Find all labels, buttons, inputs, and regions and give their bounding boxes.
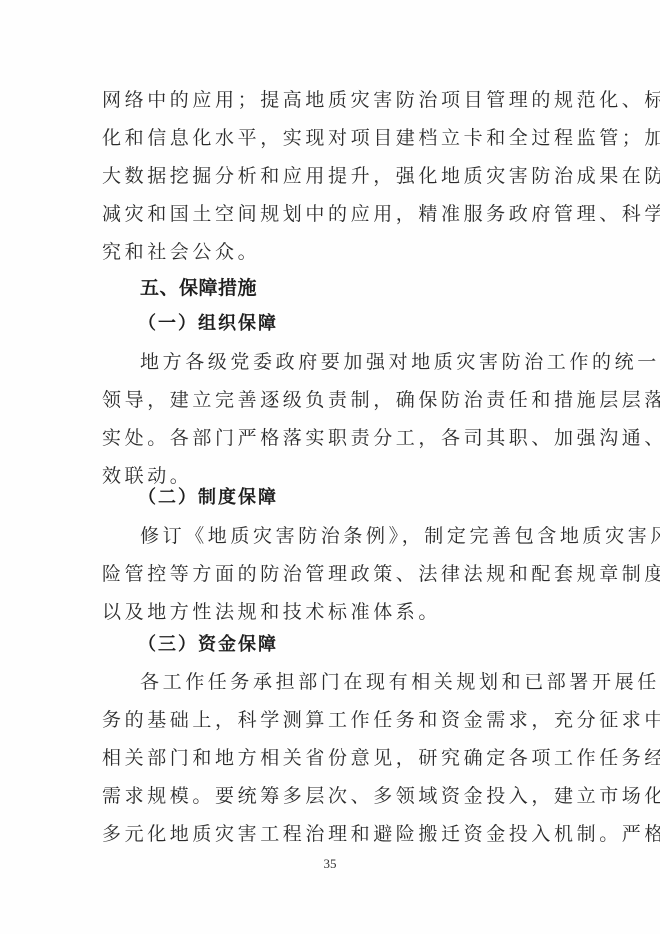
body-text-line: 效联动。	[102, 464, 562, 488]
body-text-line: 减灾和国土空间规划中的应用，精准服务政府管理、科学研	[102, 202, 562, 226]
body-text-line: 修订《地质灾害防治条例》，制定完善包含地质灾害风	[140, 524, 562, 548]
body-text-line: 险管控等方面的防治管理政策、法律法规和配套规章制度，	[102, 562, 562, 586]
body-text-line: 大数据挖掘分析和应用提升，强化地质灾害防治成果在防灾	[102, 164, 562, 188]
body-text-line: 化和信息化水平，实现对项目建档立卡和全过程监管；加强	[102, 126, 562, 150]
subsection-heading: （二）制度保障	[138, 486, 278, 510]
document-page: 网络中的应用；提高地质灾害防治项目管理的规范化、标准 化和信息化水平，实现对项目…	[0, 0, 660, 934]
body-text-line: 地方各级党委政府要加强对地质灾害防治工作的统一	[140, 350, 562, 374]
body-text-line: 以及地方性法规和技术标准体系。	[102, 600, 562, 624]
body-text-line: 实处。各部门严格落实职责分工，各司其职、加强沟通、高	[102, 426, 562, 450]
body-text-line: 究和社会公众。	[102, 240, 562, 264]
page-number: 35	[0, 856, 660, 872]
body-text-line: 网络中的应用；提高地质灾害防治项目管理的规范化、标准	[102, 88, 562, 112]
body-text-line: 务的基础上，科学测算工作任务和资金需求，充分征求中央	[102, 708, 562, 732]
body-text-line: 各工作任务承担部门在现有相关规划和已部署开展任	[140, 670, 562, 694]
body-text-line: 多元化地质灾害工程治理和避险搬迁资金投入机制。严格区	[102, 822, 562, 846]
body-text-line: 需求规模。要统筹多层次、多领域资金投入，建立市场化、	[102, 784, 562, 808]
subsection-heading: （三）资金保障	[138, 633, 278, 657]
subsection-heading: （一）组织保障	[138, 312, 278, 336]
body-text-line: 领导，建立完善逐级负责制，确保防治责任和措施层层落到	[102, 388, 562, 412]
section-heading: 五、保障措施	[140, 276, 257, 300]
body-text-line: 相关部门和地方相关省份意见，研究确定各项工作任务经费	[102, 746, 562, 770]
